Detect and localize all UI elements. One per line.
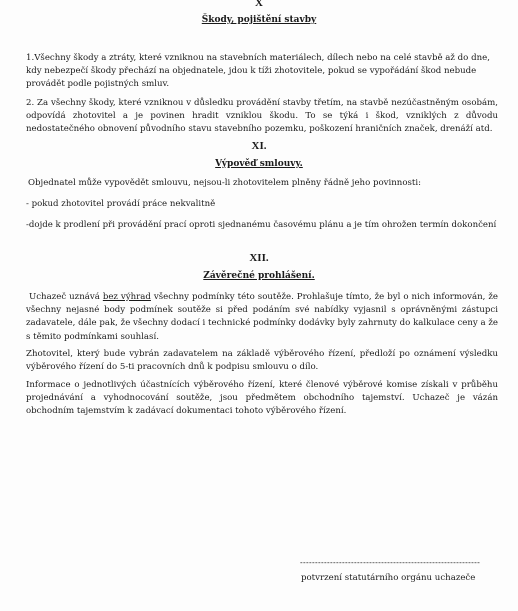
signature-line: ----------------------------------------… bbox=[300, 556, 480, 569]
paragraph-1-lead: Uchazeč uznává bbox=[29, 292, 103, 302]
section-x-title: Škody, pojištění stavby bbox=[0, 14, 518, 27]
section-xii-number: XII. bbox=[0, 252, 518, 265]
underlined-phrase: bez výhrad bbox=[103, 292, 151, 302]
section-xii-paragraph-2: Zhotovitel, který bude vybrán zadavatele… bbox=[26, 348, 498, 374]
document-page: X Škody, pojištění stavby 1.Všechny škod… bbox=[0, 0, 518, 611]
section-xii-paragraph-3: Informace o jednotlivých účastnících výb… bbox=[26, 379, 498, 419]
section-xi-title: Výpověď smlouvy. bbox=[0, 158, 518, 171]
section-x-paragraph-2: 2. Za všechny škody, které vzniknou v dů… bbox=[26, 97, 498, 137]
section-xii-title: Závěrečné prohlášení. bbox=[0, 270, 518, 283]
section-x-paragraph-1: 1.Všechny škody a ztráty, které vzniknou… bbox=[26, 52, 498, 92]
section-x-number: X bbox=[0, 0, 518, 10]
section-xi-intro: Objednatel může vypovědět smlouvu, nejso… bbox=[28, 177, 498, 190]
section-xii-paragraph-1: Uchazeč uznává bez výhrad všechny podmín… bbox=[26, 291, 498, 344]
signature-caption: potvrzení statutárního orgánu uchazeče bbox=[301, 572, 475, 585]
section-xi-number: XI. bbox=[0, 140, 518, 153]
section-xi-item-1: - pokud zhotovitel provádí práce nekvali… bbox=[26, 198, 496, 211]
section-xi-item-2: -dojde k prodlení při provádění prací op… bbox=[26, 219, 516, 232]
